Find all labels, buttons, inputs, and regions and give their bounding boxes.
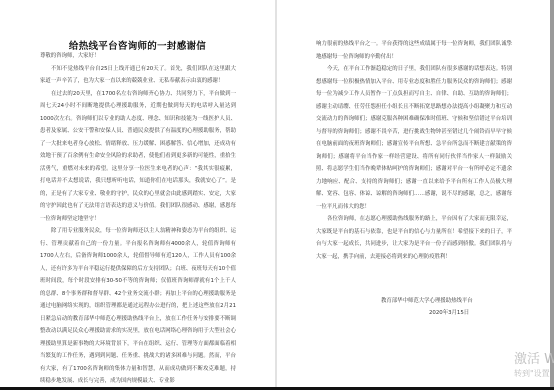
letter-body-right: 响力很前的热线平台之一。平台获得的这些成绩属于每一位咨询师，我们团队诚挚地感谢每… <box>316 38 512 263</box>
watermark-line-1: 激活 W <box>514 353 554 367</box>
paragraph: 各位咨询师，在志愿心理援助热线服务的路上，平台因有了大家而无限幸运，大家既是平台… <box>316 213 512 263</box>
paragraph: 不知不觉热线平台自25日上线开通已有20天了。首先，我们团队在这里跟大家道一声辛… <box>40 63 236 88</box>
watermark-line-2: 转到"设置 <box>514 369 554 379</box>
paragraph: 今天，在平台工作渐趋稳定的日子里，我们团队有很多感谢的话想表达。特别想感谢每一位… <box>316 63 512 213</box>
letter-greeting: 尊敬的咨询师，大家好！ <box>40 50 236 63</box>
signature-organization: 教育部华中师范大学心理援助热线平台 <box>381 296 473 304</box>
activation-watermark: 激活 W 转到"设置 <box>514 353 554 379</box>
signature-date: 2020年3月15日 <box>429 308 469 316</box>
paragraph: 除了用专业服务民众，每一位咨询师还以主人翁精神和姿态为平台的组织、运行、管理贡献… <box>40 225 236 387</box>
document-page-left: 给热线平台咨询师的一封感谢信 尊敬的咨询师，大家好！ 不知不觉热线平台自25日上… <box>0 0 275 387</box>
scrollbar[interactable] <box>550 0 554 387</box>
paragraph: 响力很前的热线平台之一。平台获得的这些成绩属于每一位咨询师，我们团队诚挚地感谢每… <box>316 38 512 63</box>
paragraph: 在过去的20天里，在1700名左右咨询师齐心协力、共同努力下，平台做到一周七天2… <box>40 88 236 226</box>
letter-body-left: 尊敬的咨询师，大家好！ 不知不觉热线平台自25日上线开通已有20天了。首先，我们… <box>40 50 236 387</box>
document-page-right: 响力很前的热线平台之一。平台获得的这些成绩属于每一位咨询师，我们团队诚挚地感谢每… <box>277 0 550 387</box>
